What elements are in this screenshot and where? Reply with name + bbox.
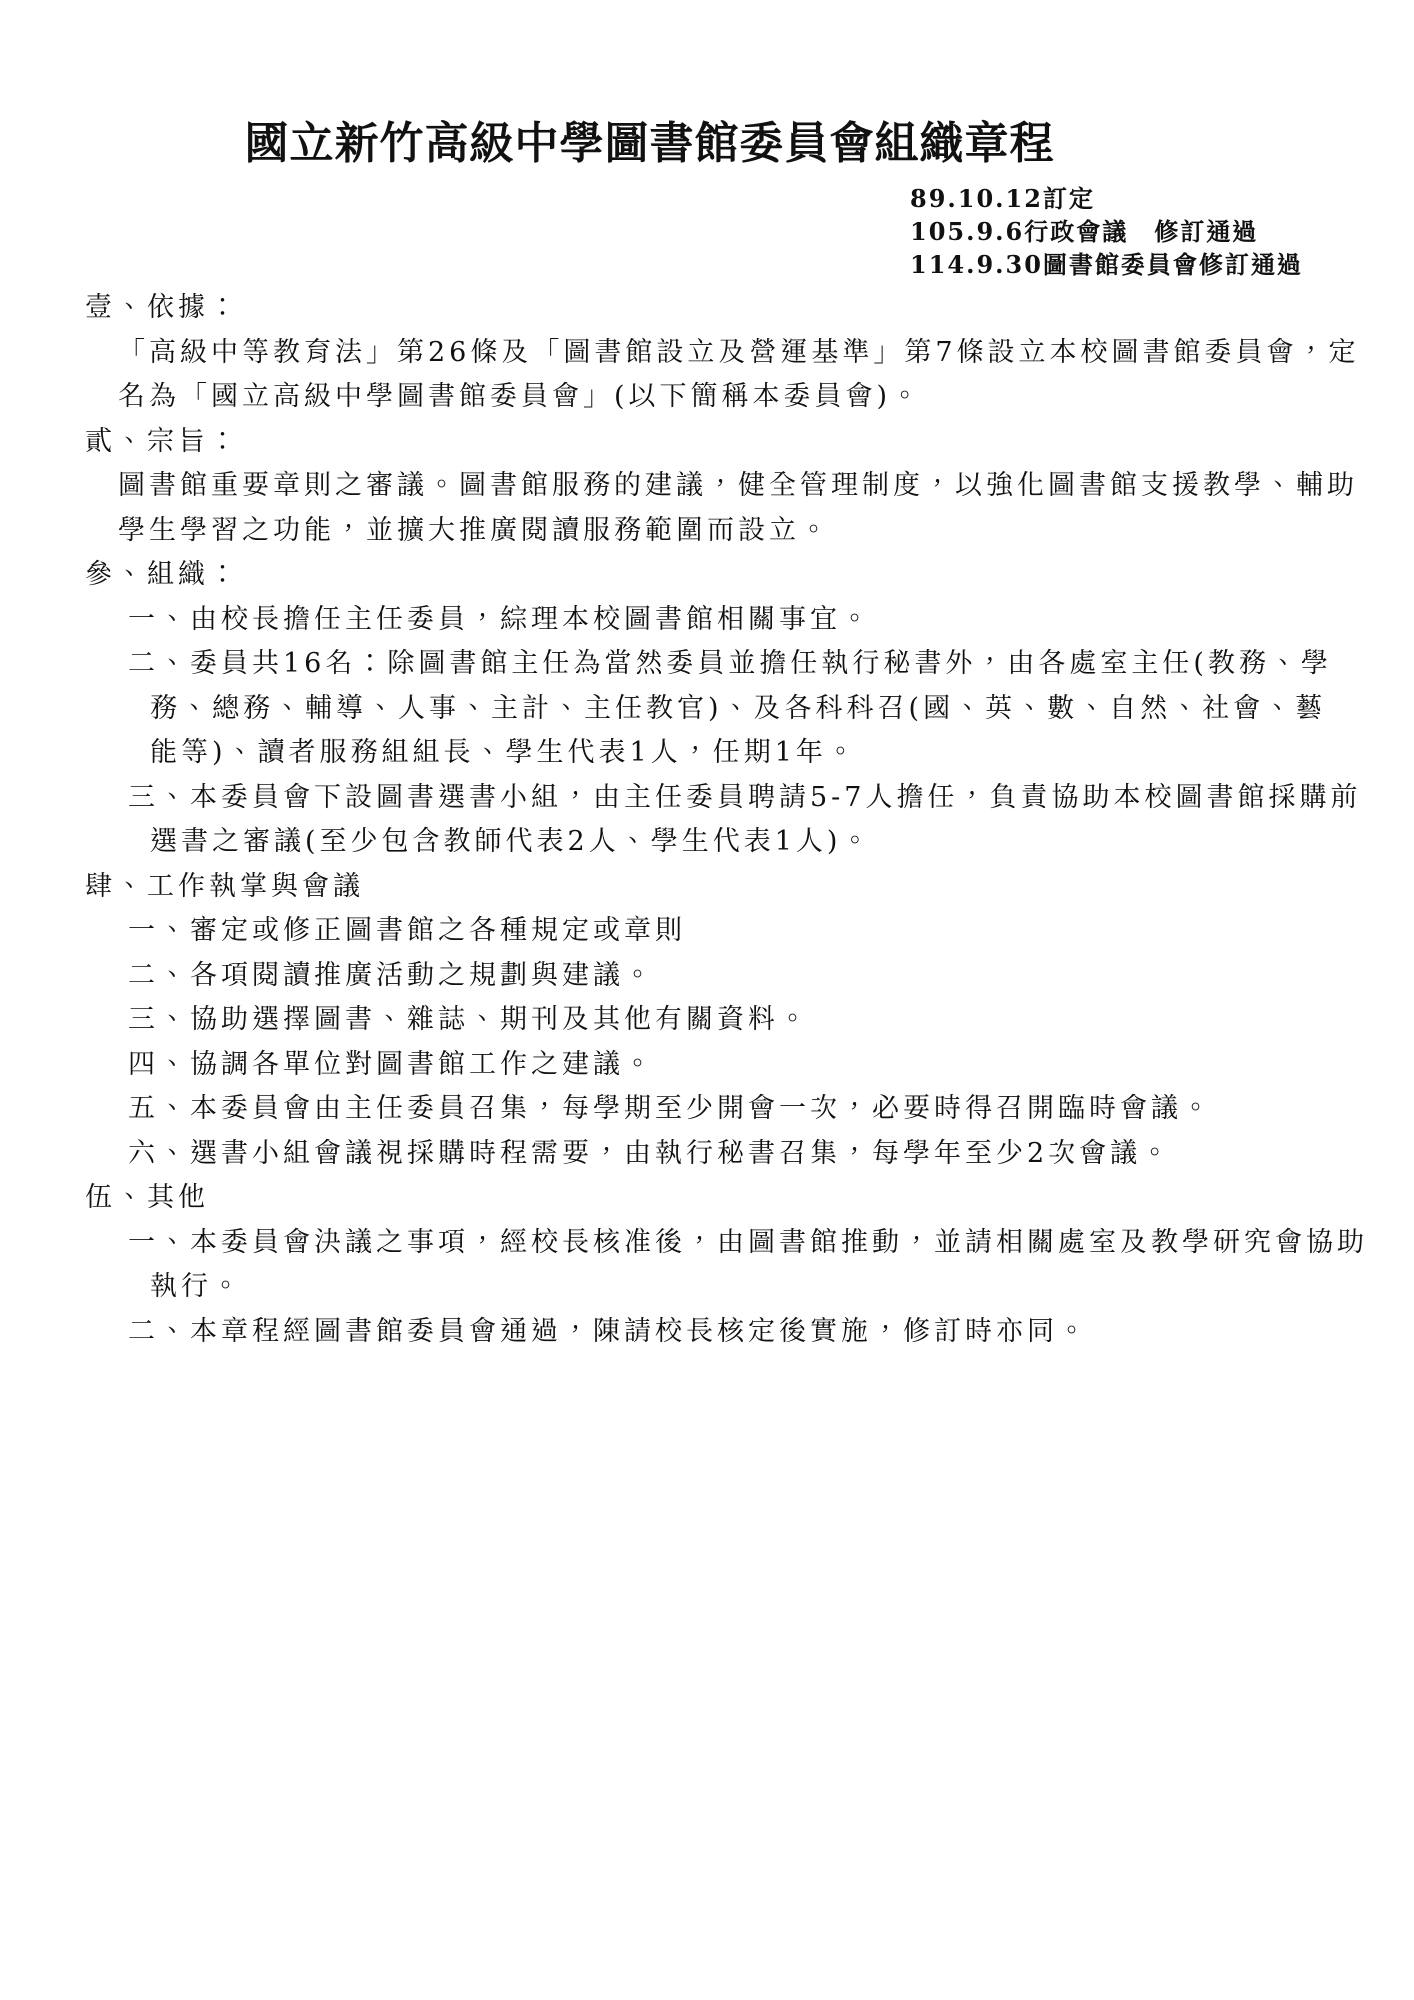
revision-entry: 89.10.12訂定	[910, 182, 1414, 215]
section-duties-meetings: 肆、工作執掌與會議 一、審定或修正圖書館之各種規定或章則 二、各項閱讀推廣活動之…	[0, 865, 1414, 1177]
list-item-line: 一、本委員會決議之事項，經校長核准後，由圖書館推動，並請相關處室及教學研究會協助	[128, 1221, 1414, 1266]
section-purpose: 貳、宗旨： 圖書館重要章則之審議。圖書館服務的建議，健全管理制度，以強化圖書館支…	[0, 420, 1414, 554]
paragraph-line: 名為「國立高級中學圖書館委員會」(以下簡稱本委員會)。	[118, 375, 1414, 420]
list-item-continuation-line: 選書之審議(至少包含教師代表2人、學生代表1人)。	[150, 820, 1414, 865]
list-item-line: 二、本章程經圖書館委員會通過，陳請校長核定後實施，修訂時亦同。	[128, 1310, 1414, 1355]
list-item-line: 三、協助選擇圖書、雜誌、期刊及其他有關資料。	[128, 998, 1414, 1043]
list-item-line: 五、本委員會由主任委員召集，每學期至少開會一次，必要時得召開臨時會議。	[128, 1087, 1414, 1132]
section-heading: 貳、宗旨：	[85, 420, 1414, 465]
list-item-line: 二、各項閱讀推廣活動之規劃與建議。	[128, 954, 1414, 999]
paragraph-line: 學生學習之功能，並擴大推廣閱讀服務範圍而設立。	[118, 509, 1414, 554]
paragraph-line: 圖書館重要章則之審議。圖書館服務的建議，健全管理制度，以強化圖書館支援教學、輔助	[118, 464, 1414, 509]
list-item-continuation-line: 務、總務、輔導、人事、主計、主任教官)、及各科科召(國、英、數、自然、社會、藝	[150, 687, 1414, 732]
list-item-continuation-line: 執行。	[150, 1265, 1414, 1310]
page-title: 國立新竹高級中學圖書館委員會組織章程	[0, 0, 1414, 176]
list-item-line: 六、選書小組會議視採購時程需要，由執行秘書召集，每學年至少2次會議。	[128, 1132, 1414, 1177]
revision-history: 89.10.12訂定 105.9.6行政會議 修訂通過 114.9.30圖書館委…	[910, 182, 1414, 281]
list-item-line: 一、由校長擔任主任委員，綜理本校圖書館相關事宜。	[128, 598, 1414, 643]
section-heading: 參、組織：	[85, 553, 1414, 598]
section-heading: 壹、依據：	[85, 286, 1414, 331]
list-item-line: 四、協調各單位對圖書館工作之建議。	[128, 1043, 1414, 1088]
document-page: 國立新竹高級中學圖書館委員會組織章程 89.10.12訂定 105.9.6行政會…	[0, 0, 1414, 2000]
section-organization: 參、組織： 一、由校長擔任主任委員，綜理本校圖書館相關事宜。 二、委員共16名：…	[0, 553, 1414, 865]
revision-entry: 105.9.6行政會議 修訂通過	[910, 215, 1414, 248]
section-basis: 壹、依據： 「高級中等教育法」第26條及「圖書館設立及營運基準」第7條設立本校圖…	[0, 286, 1414, 420]
revision-entry: 114.9.30圖書館委員會修訂通過	[910, 248, 1414, 281]
list-item-line: 一、審定或修正圖書館之各種規定或章則	[128, 909, 1414, 954]
section-heading: 肆、工作執掌與會議	[85, 865, 1414, 910]
list-item-line: 二、委員共16名：除圖書館主任為當然委員並擔任執行秘書外，由各處室主任(教務、學	[128, 642, 1414, 687]
document-body: 壹、依據： 「高級中等教育法」第26條及「圖書館設立及營運基準」第7條設立本校圖…	[0, 286, 1414, 1354]
section-others: 伍、其他 一、本委員會決議之事項，經校長核准後，由圖書館推動，並請相關處室及教學…	[0, 1176, 1414, 1354]
section-heading: 伍、其他	[85, 1176, 1414, 1221]
list-item-line: 三、本委員會下設圖書選書小組，由主任委員聘請5-7人擔任，負責協助本校圖書館採購…	[128, 776, 1414, 821]
paragraph-line: 「高級中等教育法」第26條及「圖書館設立及營運基準」第7條設立本校圖書館委員會，…	[118, 331, 1414, 376]
list-item-continuation-line: 能等)、讀者服務組組長、學生代表1人，任期1年。	[150, 731, 1414, 776]
